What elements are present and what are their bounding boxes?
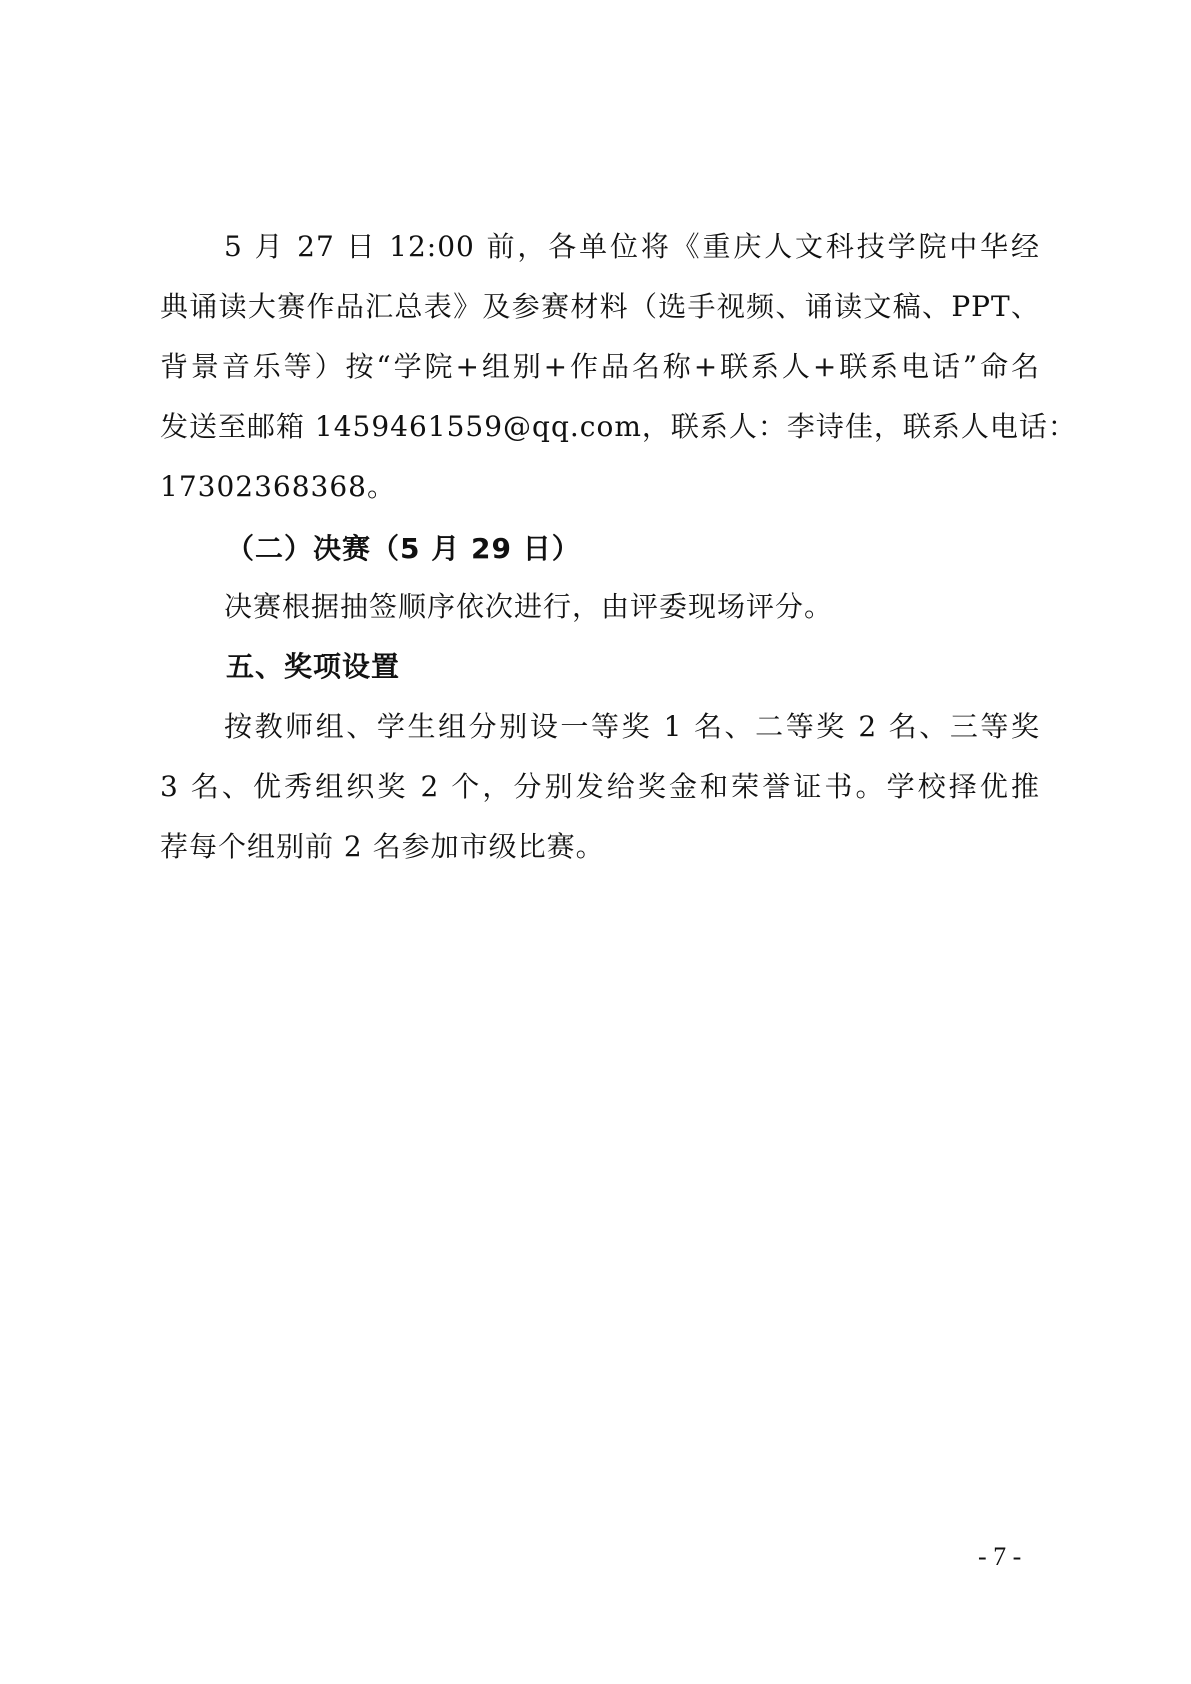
paragraph-awards-line-2: 3 名、优秀组织奖 2 个，分别发给奖金和荣誉证书。学校择优推	[160, 770, 1040, 804]
paragraph-awards-line-1: 按教师组、学生组分别设一等奖 1 名、二等奖 2 名、三等奖	[160, 710, 1040, 744]
subheading-final-round: （二）决赛（5 月 29 日）	[226, 532, 581, 566]
section-heading-awards: 五、奖项设置	[226, 650, 400, 684]
document-page: 5 月 27 日 12:00 前，各单位将《重庆人文科技学院中华经 典诵读大赛作…	[0, 0, 1191, 1684]
page-number: - 7 -	[978, 1540, 1021, 1574]
paragraph-awards-line-3: 荐每个组别前 2 名参加市级比赛。	[160, 830, 1040, 864]
paragraph-submission-line-3: 背景音乐等）按“学院+组别+作品名称+联系人+联系电话”命名	[160, 350, 1040, 384]
paragraph-submission-line-2: 典诵读大赛作品汇总表》及参赛材料（选手视频、诵读文稿、PPT、	[160, 290, 1040, 324]
paragraph-submission-line-1: 5 月 27 日 12:00 前，各单位将《重庆人文科技学院中华经	[160, 230, 1040, 264]
paragraph-final-round: 决赛根据抽签顺序依次进行，由评委现场评分。	[160, 590, 1040, 624]
paragraph-submission-line-5: 17302368368。	[160, 470, 1040, 504]
paragraph-submission-line-4: 发送至邮箱 1459461559@qq.com，联系人：李诗佳，联系人电话：	[160, 410, 1040, 444]
